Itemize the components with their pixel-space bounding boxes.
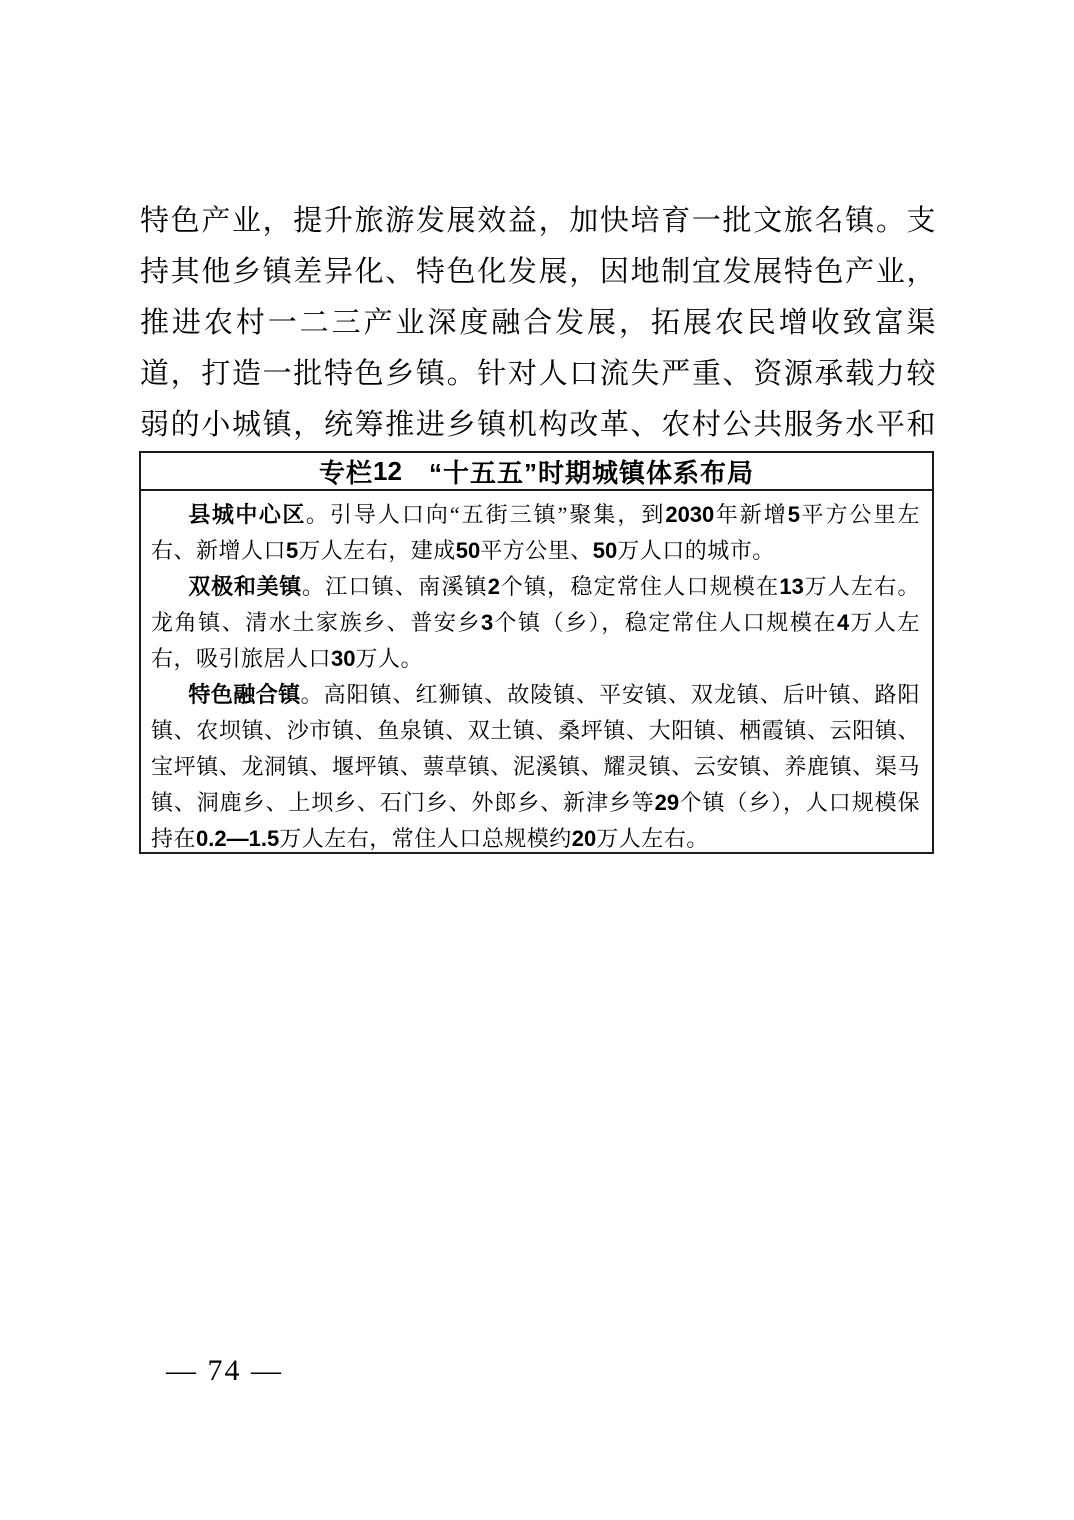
callout-box-body: 县城中心区。引导人口向“五街三镇”聚集，到2030年新增5平方公里左右、新增人口…	[141, 491, 932, 857]
callout-paragraph-feature-towns: 特色融合镇。高阳镇、红狮镇、故陵镇、平安镇、双龙镇、后叶镇、路阳镇、农坝镇、沙市…	[151, 677, 920, 857]
paragraph-lead-county-center: 县城中心区	[188, 502, 305, 527]
callout-box-title: 专栏12 “十五五”时期城镇体系布局	[141, 453, 932, 491]
callout-paragraph-twin-towns: 双极和美镇。江口镇、南溪镇2个镇，稳定常住人口规模在13万人左右。龙角镇、清水土…	[151, 569, 920, 677]
page-number: — 74 —	[166, 1354, 283, 1388]
callout-box: 专栏12 “十五五”时期城镇体系布局 县城中心区。引导人口向“五街三镇”聚集，到…	[139, 451, 934, 854]
paragraph-lead-feature-towns: 特色融合镇	[188, 682, 300, 707]
callout-paragraph-county-center: 县城中心区。引导人口向“五街三镇”聚集，到2030年新增5平方公里左右、新增人口…	[151, 497, 920, 569]
document-page: 特色产业，提升旅游发展效益，加快培育一批文旅名镇。支持其他乡镇差异化、特色化发展…	[0, 0, 1074, 1520]
paragraph-lead-twin-towns: 双极和美镇	[188, 574, 302, 599]
paragraph-text-feature-towns: 。高阳镇、红狮镇、故陵镇、平安镇、双龙镇、后叶镇、路阳镇、农坝镇、沙市镇、鱼泉镇…	[151, 682, 920, 851]
